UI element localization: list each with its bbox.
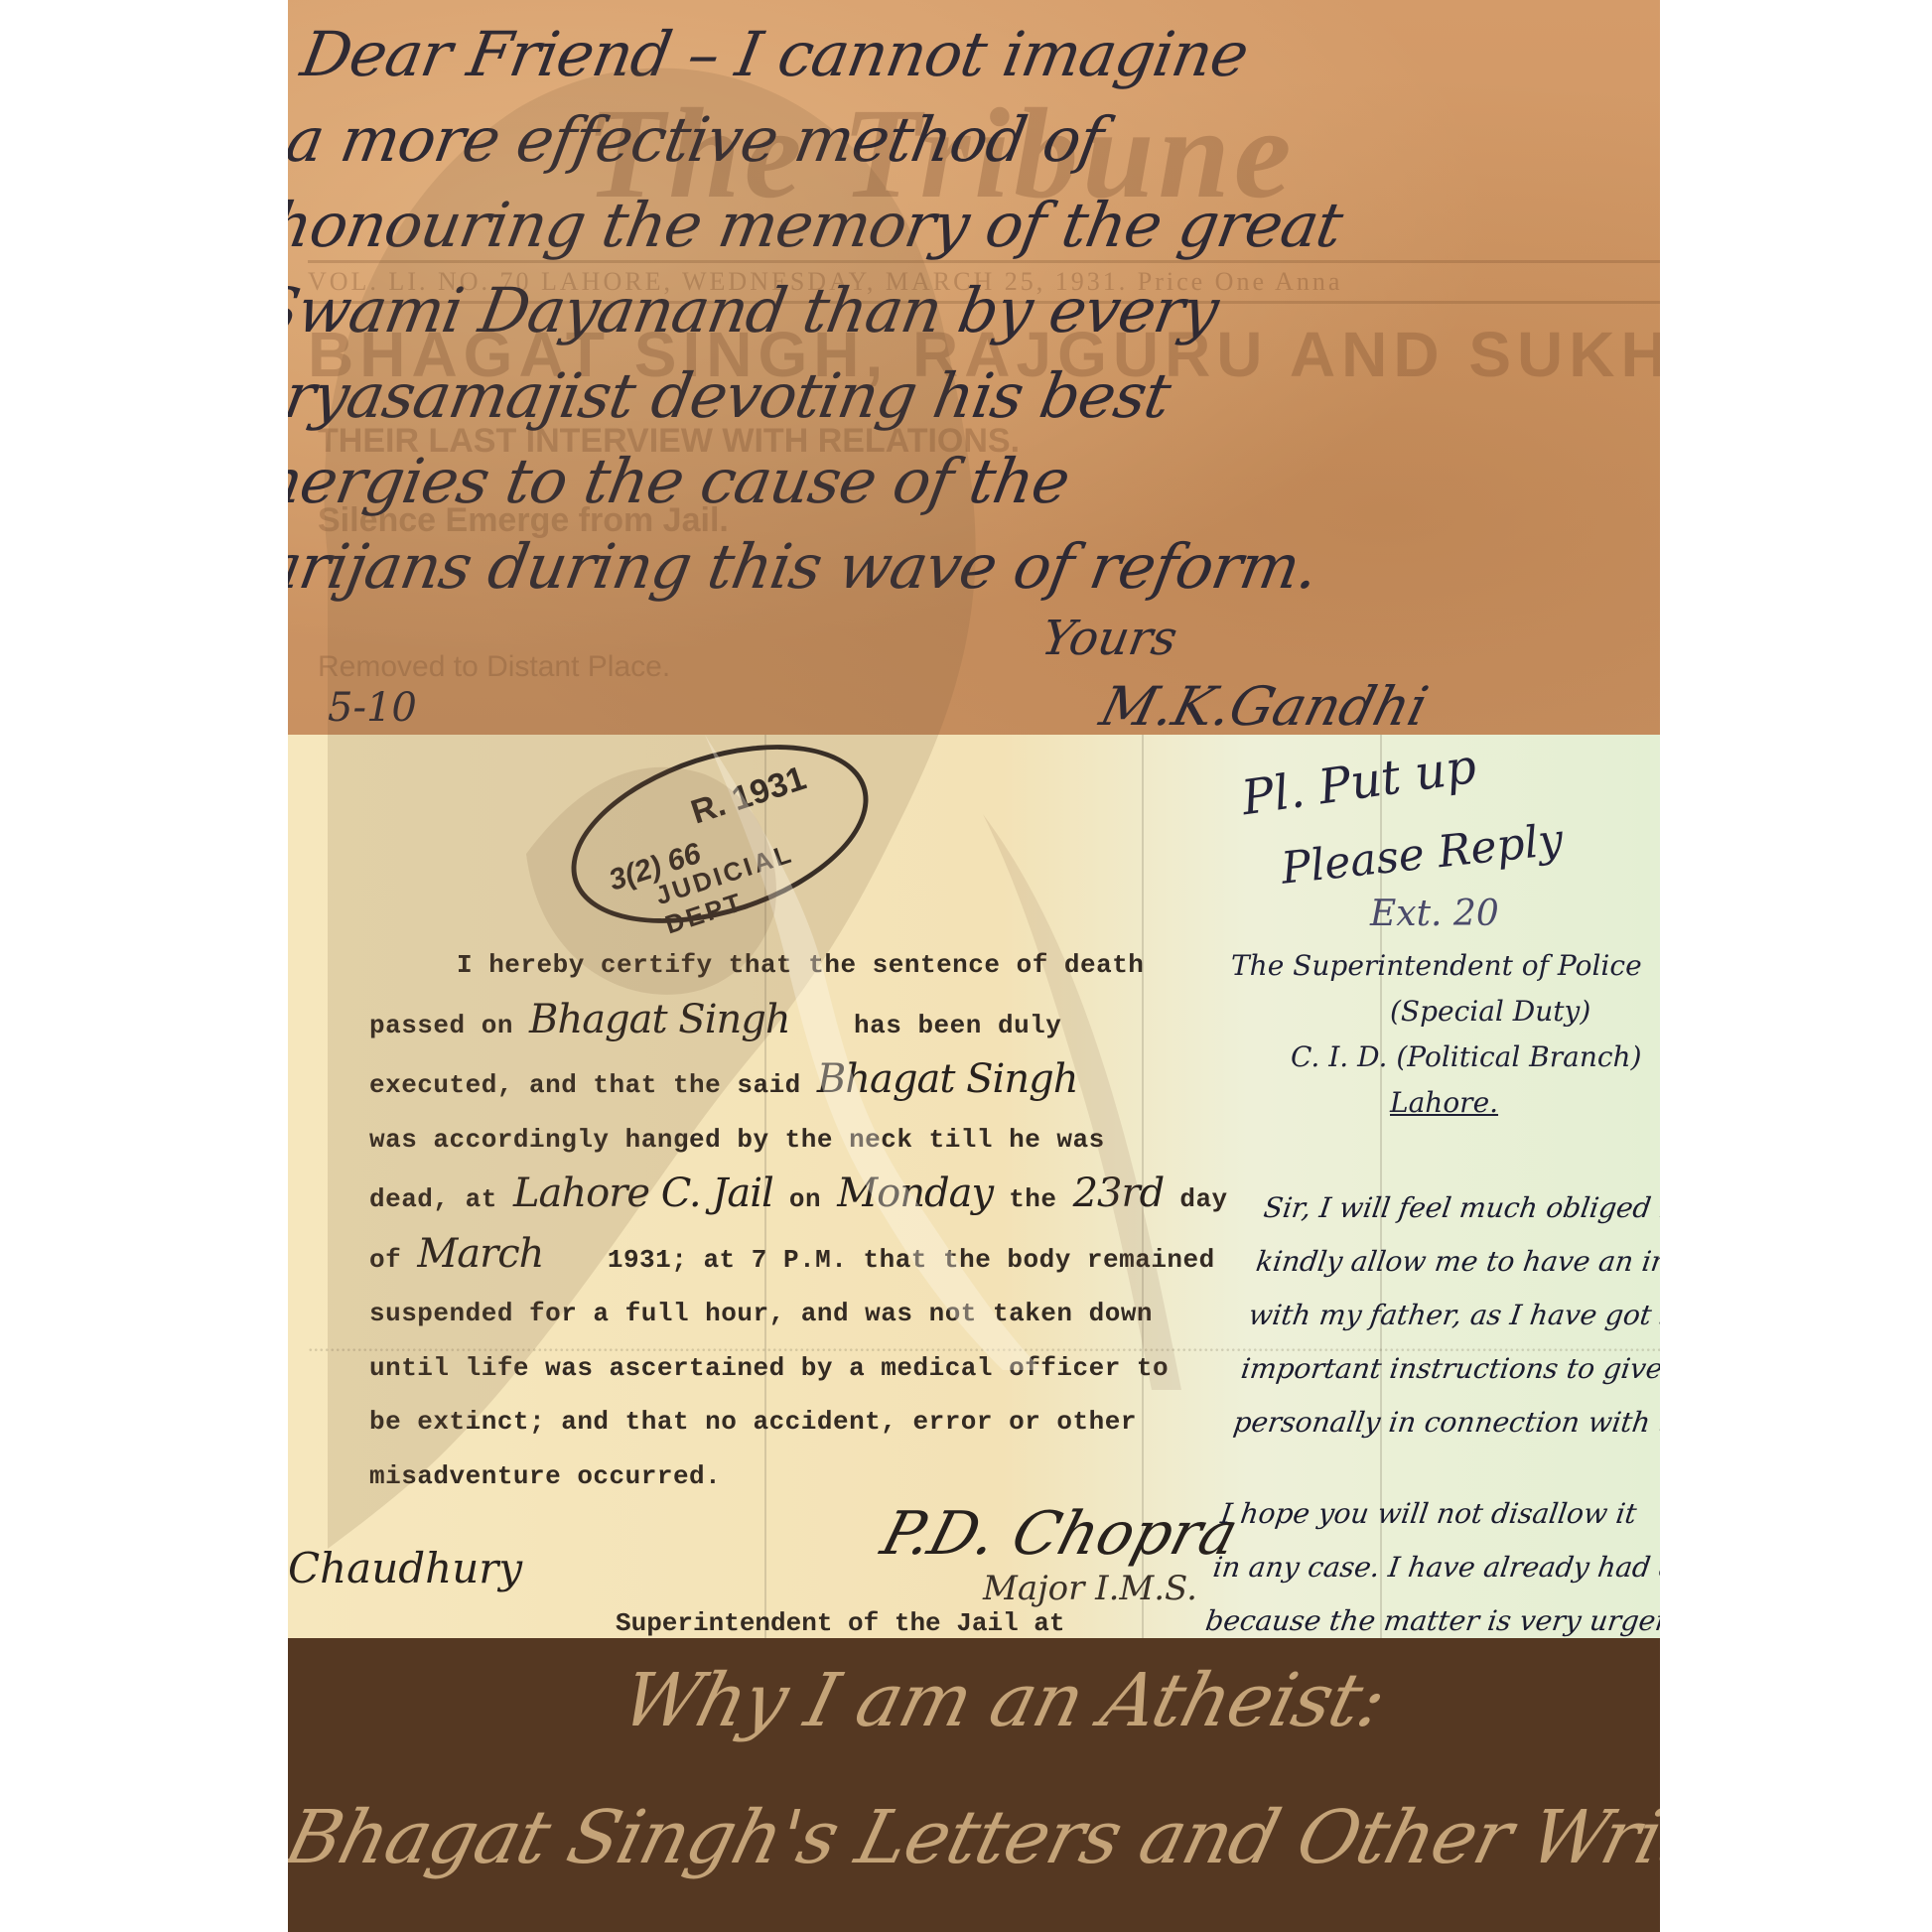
letter-signoff: Yours (1037, 611, 1181, 666)
letter-line: Aryasamajist devoting his best (288, 353, 1589, 439)
gandhi-letter-panel: The Tribune VOL. LI. NO. 70 LAHORE, WEDN… (288, 0, 1660, 735)
letter-body-line: personally in connection with the case. (1230, 1396, 1660, 1449)
letter-line: Harijans during this wave of reform. (288, 524, 1560, 610)
letter-body-line: because the matter is very urgent. (1202, 1594, 1660, 1638)
address-line: Lahore. (1231, 1080, 1642, 1126)
death-certificate-text: I hereby certify that the sentence of de… (369, 938, 1263, 1503)
certificate-line: was accordingly hanged by the neck till … (369, 1113, 1263, 1168)
letter-body-line: kindly allow me to have an interview (1253, 1235, 1660, 1289)
handwritten-place: Lahore C. Jail (513, 1171, 773, 1216)
certificate-line: misadventure occurred. (369, 1449, 1263, 1504)
address-line: C. I. D. (Political Branch) (1231, 1035, 1642, 1080)
letter-body: Sir, I will feel much obliged if you kin… (1194, 1181, 1660, 1638)
witness-signature: Chaudhury (288, 1544, 522, 1592)
letter-body-line: I hope you will not disallow it (1217, 1487, 1660, 1541)
gandhi-signature: M.K.Gandhi (1094, 675, 1434, 735)
gandhi-letter-text: Dear Friend – I cannot imagine a more ef… (288, 12, 1650, 610)
stamp-dept: JUDICIAL DEPT. (652, 811, 889, 940)
letter-line: Swami Dayanand than by every (288, 268, 1605, 353)
title-band: Why I am an Atheist: Bhagat Singh's Lett… (288, 1638, 1660, 1932)
letter-date-mark: 5-10 (328, 685, 417, 731)
book-subtitle: Bhagat Singh's Letters and Other Writing… (288, 1795, 1660, 1880)
stamp-date: R. 1931 (686, 759, 810, 833)
certificate-line: passed on Bhagat Singh has been duly (369, 993, 1263, 1053)
letter-annotation: Pl. Put up (1238, 739, 1479, 827)
certificate-line: dead, at Lahore C. Jail on Monday the 23… (369, 1167, 1263, 1227)
handwritten-date: 23rd (1073, 1171, 1165, 1216)
handwritten-name: Bhagat Singh (529, 997, 790, 1042)
letter-line: Dear Friend – I cannot imagine (295, 12, 1650, 97)
letter-line: a more effective method of (288, 97, 1635, 183)
letter-body-line: in any case. I have already had a talk (1209, 1541, 1660, 1594)
certificate-line: executed, and that the said Bhagat Singh (369, 1052, 1263, 1113)
address-line: The Superintendent of Police (1231, 943, 1642, 989)
letter-line: energies to the cause of the (288, 439, 1575, 524)
address-line: (Special Duty) (1231, 989, 1642, 1035)
certificate-panel: ........................................… (288, 735, 1660, 1638)
handwritten-day: Monday (837, 1171, 993, 1216)
certificate-line: I hereby certify that the sentence of de… (369, 938, 1263, 993)
handwritten-month: March (417, 1231, 543, 1277)
letter-body-line: Sir, I will feel much obliged if you (1260, 1181, 1660, 1235)
certificate-line: of March 1931; at 7 P.M. that the body r… (369, 1227, 1263, 1288)
receipt-stamp: R. 1931 3(2) 66 JUDICIAL DEPT. (549, 735, 891, 957)
certificate-line: suspended for a full hour, and was not t… (369, 1287, 1263, 1341)
letter-body-line: with my father, as I have got some very (1245, 1289, 1660, 1342)
certificate-line: be extinct; and that no accident, error … (369, 1395, 1263, 1449)
handwritten-name: Bhagat Singh (817, 1056, 1078, 1102)
certificate-line: until life was ascertained by a medical … (369, 1341, 1263, 1396)
newspaper-subhead: Removed to Distant Place. (318, 650, 670, 684)
bhagat-singh-letter: Pl. Put up Please Reply Ext. 20 The Supe… (1152, 735, 1660, 1638)
letter-body-gap (1225, 1449, 1660, 1487)
letter-address: The Superintendent of Police (Special Du… (1231, 943, 1642, 1126)
superintendent-label: Superintendent of the Jail at (616, 1608, 1064, 1638)
letter-line: honouring the memory of the great (288, 183, 1620, 268)
letter-annotation: Ext. 20 (1370, 894, 1499, 934)
letter-annotation: Please Reply (1279, 814, 1566, 894)
book-title: Why I am an Atheist: (288, 1658, 1660, 1743)
letter-body-line: important instructions to give him (1237, 1342, 1660, 1396)
book-cover: The Tribune VOL. LI. NO. 70 LAHORE, WEDN… (288, 0, 1660, 1932)
